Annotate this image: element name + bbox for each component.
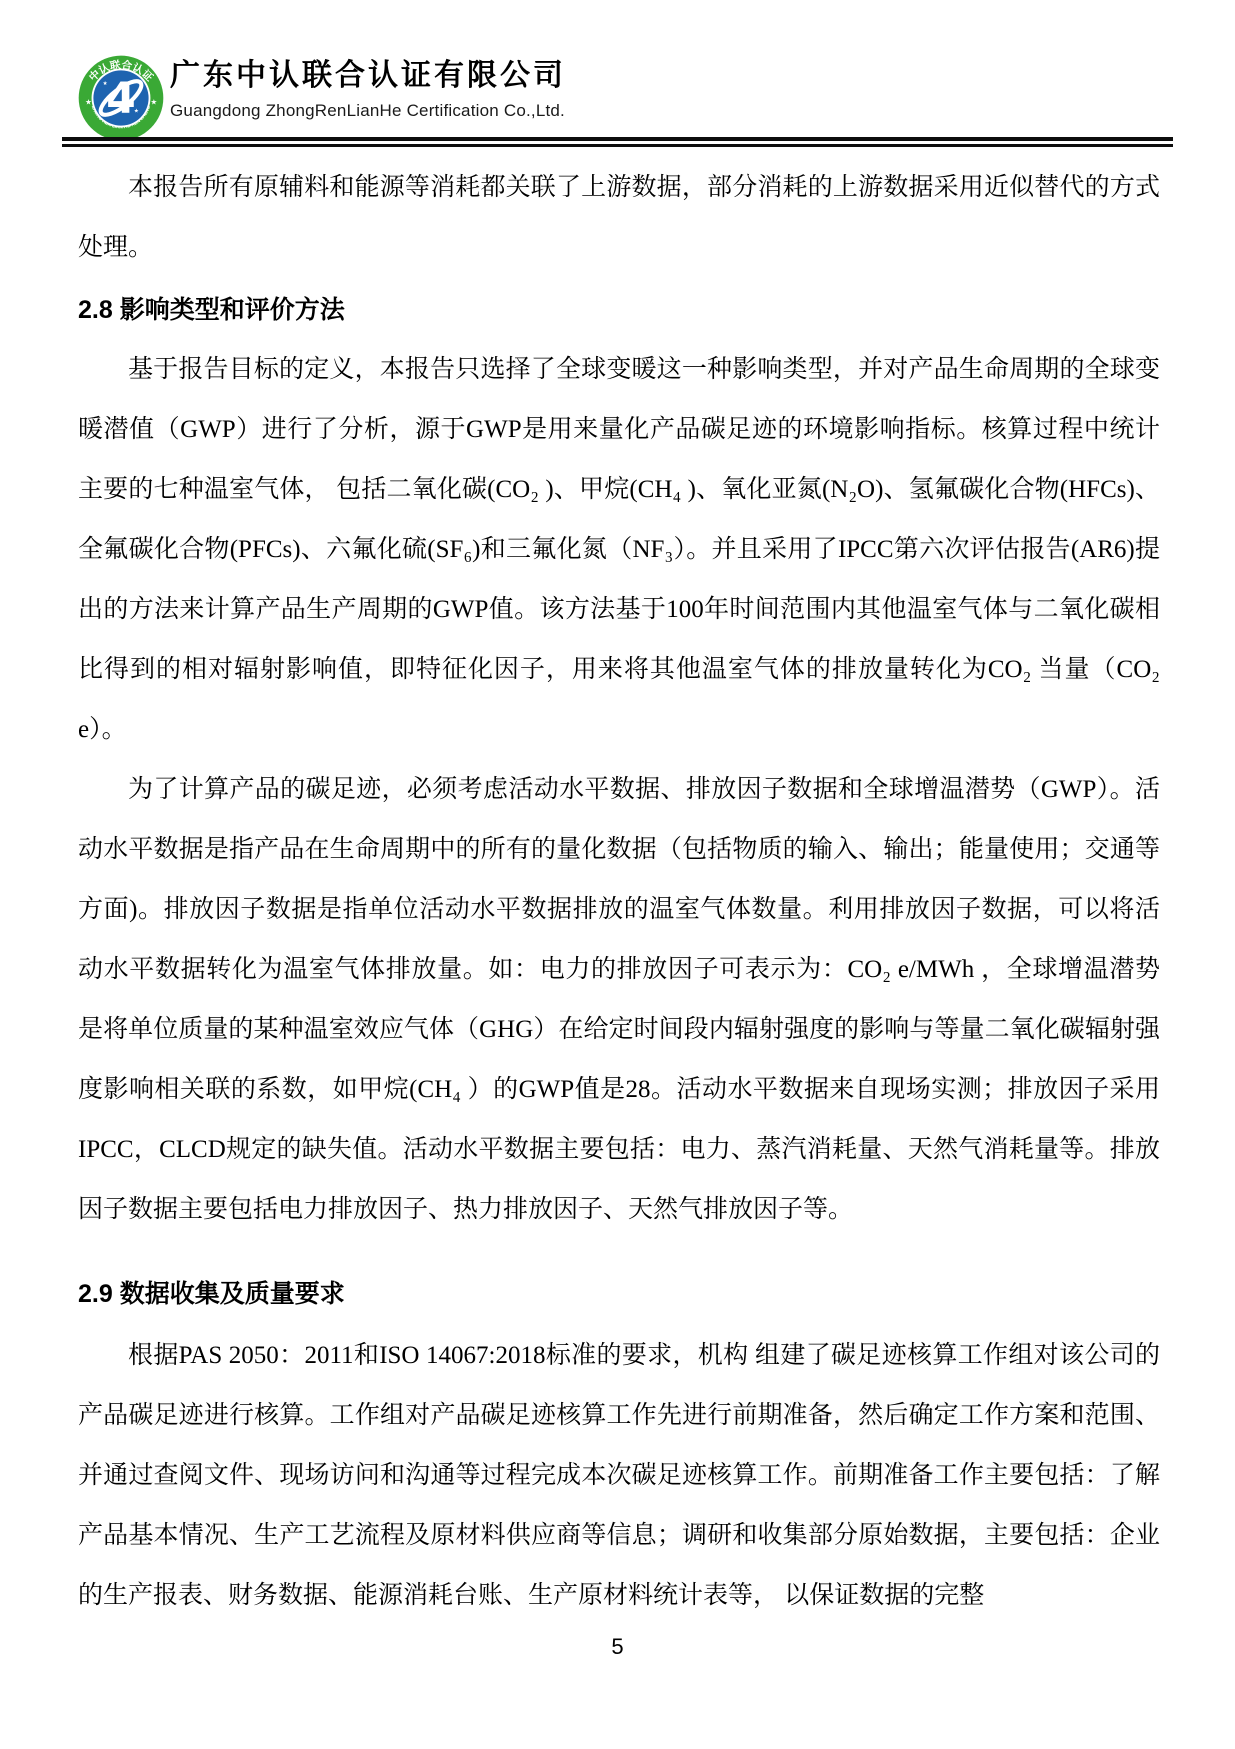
section-2-8-heading: 2.8 影响类型和评价方法 [78,280,1160,340]
section-2-8-paragraph-1: 基于报告目标的定义，本报告只选择了全球变暖这一种影响类型，并对产品生命周期的全球… [78,340,1160,760]
logo-star-left-icon: ★ [85,97,92,106]
document-body: 本报告所有原辅料和能源等消耗都关联了上游数据，部分消耗的上游数据采用近似替代的方… [78,146,1160,1626]
page-header: 中认联合认证 ZHONG REN LIAN HE REN ZHENG ★ ★ 4… [75,50,1173,140]
logo-emblem-star-top-icon: ★ [103,80,108,87]
section-2-9-paragraph-1: 根据PAS 2050：2011和ISO 14067:2018标准的要求，机构 组… [78,1326,1160,1626]
section-2-9-heading: 2.9 数据收集及质量要求 [78,1264,1160,1324]
logo-star-right-icon: ★ [150,97,157,106]
company-name-zh: 广东中认联合认证有限公司 [170,58,566,94]
logo-numeral: 4 [106,74,135,123]
document-page: 中认联合认证 ZHONG REN LIAN HE REN ZHENG ★ ★ 4… [0,0,1235,1749]
section-2-8-paragraph-2: 为了计算产品的碳足迹，必须考虑活动水平数据、排放因子数据和全球增温潜势（GWP）… [78,760,1160,1240]
page-number: 5 [0,1632,1235,1662]
logo-emblem-icon: 4 ★ ★ [93,70,148,125]
logo-emblem-star-bottom-icon: ★ [134,108,139,115]
company-identity: 广东中认联合认证有限公司 Guangdong ZhongRenLianHe Ce… [170,58,566,121]
company-logo-icon: 中认联合认证 ZHONG REN LIAN HE REN ZHENG ★ ★ 4… [75,52,167,144]
intro-paragraph: 本报告所有原辅料和能源等消耗都关联了上游数据，部分消耗的上游数据采用近似替代的方… [78,158,1160,278]
company-name-en: Guangdong ZhongRenLianHe Certification C… [170,101,566,121]
